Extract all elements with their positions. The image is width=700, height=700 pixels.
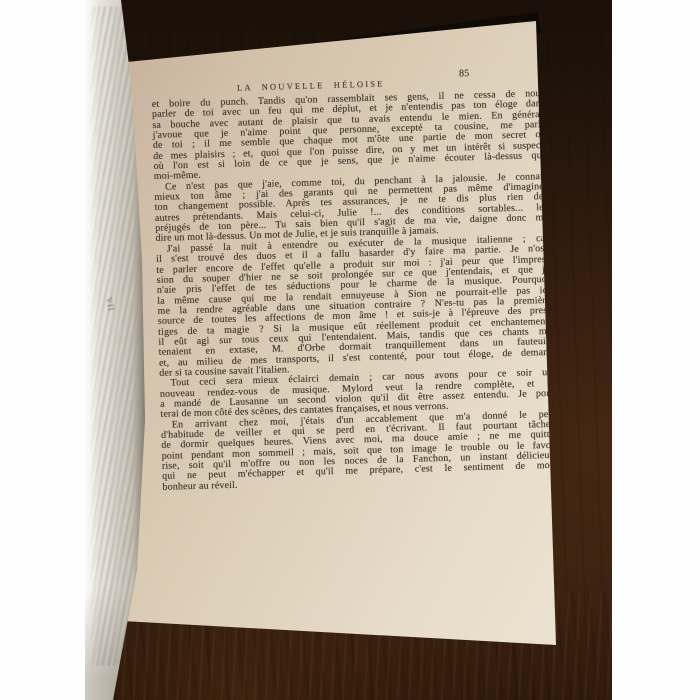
page-number: 85 — [459, 69, 470, 80]
book-photo: LA NOUVELLE HÉLOISE 85 et boire du punch… — [85, 0, 612, 700]
page-paragraphs: et boire du punch. Tandis qu'on rassembl… — [152, 89, 556, 493]
book-right-page: LA NOUVELLE HÉLOISE 85 et boire du punch… — [85, 0, 612, 700]
page-text-block: LA NOUVELLE HÉLOISE 85 et boire du punch… — [151, 65, 555, 493]
listing-photo-canvas: LA NOUVELLE HÉLOISE 85 et boire du punch… — [0, 0, 700, 700]
